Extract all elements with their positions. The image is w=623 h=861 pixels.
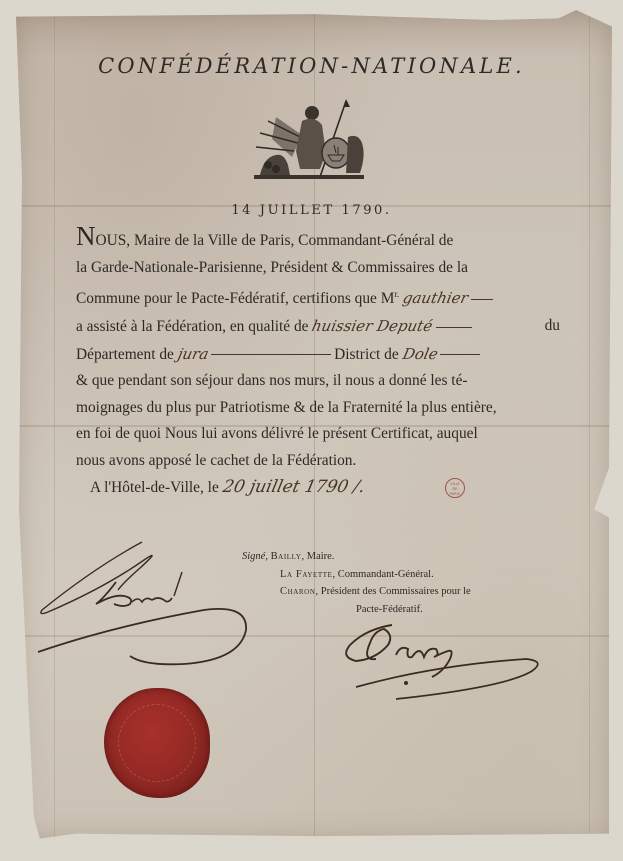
body-text: nous avons apposé le cachet de la Fédéra… <box>76 448 356 475</box>
fold-line-right <box>589 10 590 842</box>
body-line: Commune pour le Pacte-Fédératif, certifi… <box>76 281 560 313</box>
body-line: NOUS, Maire de la Ville de Paris, Comman… <box>76 226 560 255</box>
handwritten-quality: huissier Deputé <box>310 313 436 340</box>
signatory-name: Charon <box>280 586 316 597</box>
body-text: & que pendant son séjour dans nos murs, … <box>76 368 468 395</box>
body-text: moignages du plus pur Patriotisme & de l… <box>76 395 497 422</box>
certificate-body: NOUS, Maire de la Ville de Paris, Comman… <box>76 226 560 502</box>
body-line: a assisté à la Fédération, en qualité de… <box>76 313 560 341</box>
document-title: CONFÉDÉRATION-NATIONALE. <box>0 54 623 78</box>
body-text: la Garde-Nationale-Parisienne, Président… <box>76 255 468 282</box>
signatory-role: Pacte-Fédératif. <box>356 604 423 615</box>
fill-line <box>211 354 331 355</box>
library-stamp: VILLE DE PARIS <box>445 478 465 498</box>
handwritten-department: jura <box>175 341 211 368</box>
body-text: du <box>545 313 560 341</box>
fill-line <box>440 354 480 355</box>
handwritten-name: gauthier <box>400 285 470 312</box>
handwritten-date: 20 juillet 1790 /. <box>220 474 367 501</box>
red-wax-seal <box>104 688 210 798</box>
body-line: moignages du plus pur Patriotisme & de l… <box>76 395 560 422</box>
handwritten-signature-parez <box>336 615 546 705</box>
signatory-name: La Fayette <box>280 569 333 580</box>
signatory-role: , Président des Commissaires pour le <box>316 586 471 597</box>
body-text: OUS, Maire de la Ville de Paris, Command… <box>96 232 454 249</box>
handwritten-district: Dole <box>400 341 440 368</box>
body-text: A l'Hôtel-de-Ville, le <box>90 479 219 496</box>
body-text: en foi de quoi Nous lui avons délivré le… <box>76 421 478 448</box>
printed-signatories: Signé, Bailly, Maire. La Fayette, Comman… <box>242 548 471 618</box>
body-text: District de <box>334 346 399 363</box>
seal-impression <box>118 704 196 782</box>
body-text: a assisté à la Fédération, en qualité de <box>76 318 308 335</box>
fill-line <box>436 327 472 328</box>
drop-initial: N <box>76 221 96 251</box>
body-line: nous avons apposé le cachet de la Fédéra… <box>76 448 560 475</box>
fill-line <box>471 299 493 300</box>
body-line: en foi de quoi Nous lui avons délivré le… <box>76 421 560 448</box>
allegorical-vignette-icon <box>250 95 368 185</box>
body-text: Commune pour le Pacte-Fédératif, certifi… <box>76 290 394 307</box>
body-line: & que pendant son séjour dans nos murs, … <box>76 368 560 395</box>
body-line: A l'Hôtel-de-Ville, le 20 juillet 1790 /… <box>76 474 560 502</box>
stamp-text: PARIS <box>446 492 464 497</box>
body-line: Département de juraDistrict de Dole <box>76 341 560 369</box>
signatory-role: , Maire. <box>301 551 334 562</box>
fold-line-left <box>54 10 55 842</box>
handwritten-signature-barre <box>34 538 254 668</box>
signatory-role: , Commandant-Général. <box>333 569 434 580</box>
body-text: Département de <box>76 346 174 363</box>
signatory-name: Bailly <box>271 551 302 562</box>
document-date: 14 JUILLET 1790. <box>0 203 623 218</box>
superscript: r. <box>394 289 399 299</box>
body-line: la Garde-Nationale-Parisienne, Président… <box>76 255 560 282</box>
